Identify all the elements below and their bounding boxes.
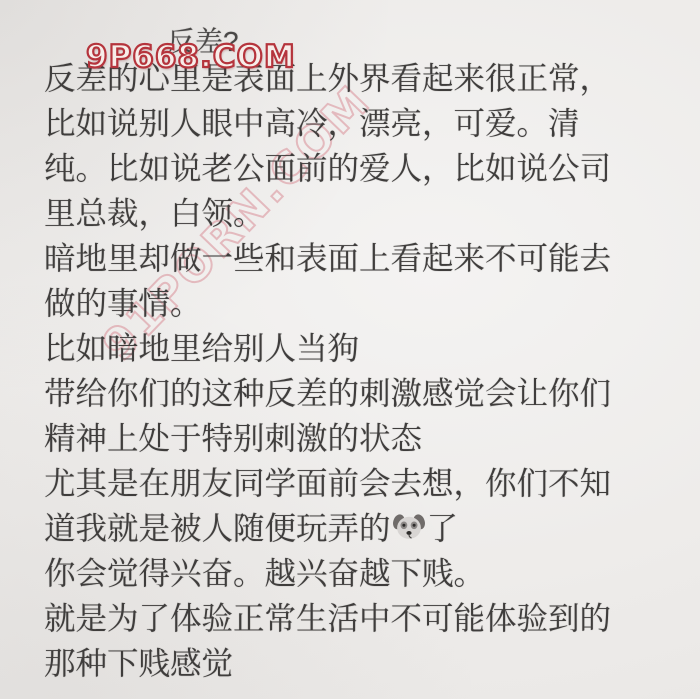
- text-line: 比如暗地里给别人当狗: [44, 326, 684, 371]
- photo-text-page: 91PORN.COM 反差? 9P668.COM 反差的心里是表面上外界看起来很…: [0, 0, 700, 699]
- body-text: 反差的心里是表面上外界看起来很正常， 比如说别人眼中高冷，漂亮，可爱。清 纯。比…: [44, 56, 684, 686]
- text-line: 比如说别人眼中高冷，漂亮，可爱。清: [44, 101, 684, 146]
- text-line: 你会觉得兴奋。越兴奋越下贱。: [44, 551, 684, 596]
- text-line-with-emoji: 道我就是被人随便玩弄的 了: [44, 506, 684, 551]
- text-line: 带给你们的这种反差的刺激感觉会让你们: [44, 371, 684, 416]
- text-line: 就是为了体验正常生活中不可能体验到的: [44, 596, 684, 641]
- text-segment: 道我就是被人随便玩弄的: [44, 510, 391, 546]
- text-segment: 了: [427, 510, 459, 546]
- text-line: 精神上处于特别刺激的状态: [44, 416, 684, 461]
- text-line: 里总裁，白领。: [44, 191, 684, 236]
- dog-face-emoji: [392, 510, 426, 544]
- text-line: 尤其是在朋友同学面前会去想，你们不知: [44, 461, 684, 506]
- text-line: 暗地里却做一些和表面上看起来不可能去: [44, 236, 684, 281]
- text-line: 纯。比如说老公面前的爱人，比如说公司: [44, 146, 684, 191]
- text-line: 那种下贱感觉: [44, 641, 684, 686]
- site-watermark: 9P668.COM: [86, 39, 296, 75]
- text-line: 做的事情。: [44, 281, 684, 326]
